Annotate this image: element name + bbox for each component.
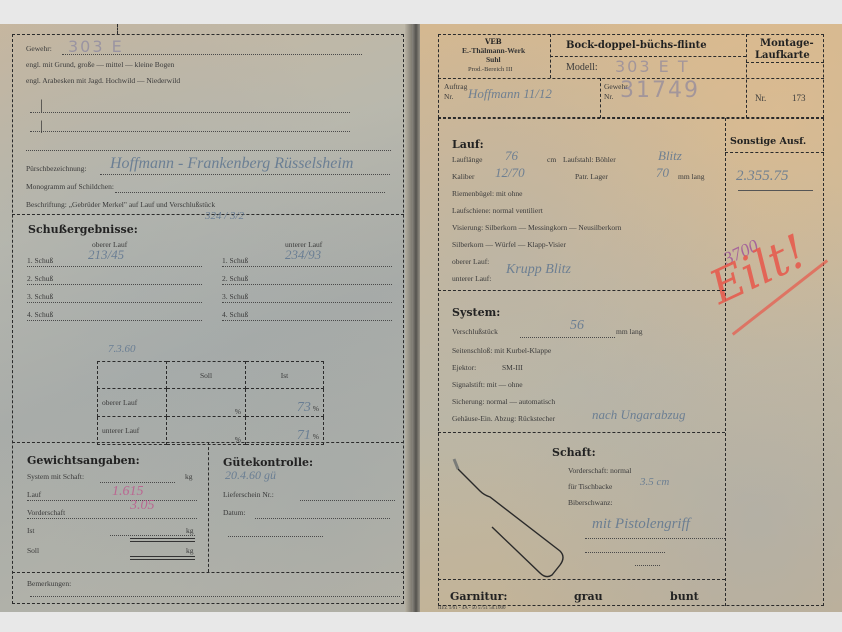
lieferschein-label: Lieferschein Nr.:: [223, 490, 274, 499]
card-title-2: Laufkarte: [755, 50, 810, 61]
garnitur-option-grau: grau: [574, 590, 603, 603]
lauf-weight-label: Lauf: [27, 490, 41, 499]
verschluss-value: 56: [570, 318, 584, 334]
seitenschloss-label: Seitenschloß: mit Kurbel-Klappe: [452, 346, 551, 355]
unterer-lauf-label: unterer Lauf:: [452, 274, 491, 283]
ist-value: 73: [297, 400, 311, 415]
auftrag-label-2: Nr.: [444, 92, 453, 101]
vorderschaft-weight-label: Vorderschaft: [27, 508, 65, 517]
ist-unit: %: [313, 432, 319, 441]
maker-line-1: VEB: [485, 37, 502, 46]
product-name: Bock-doppel-büchs-flinte: [566, 40, 707, 51]
col-ist: Ist: [246, 362, 324, 389]
gehaeuse-label: Gehäuse-Ein. Abzug: Rückstecher: [452, 414, 555, 423]
left-page: Gewehr: 303 E engl. mit Grund, große — m…: [0, 24, 412, 612]
sicherung-label: Sicherung: normal — automatisch: [452, 397, 555, 406]
kaliber-label: Kaliber: [452, 172, 475, 181]
tischbacke-label: für Tischbacke: [568, 482, 612, 491]
shooting-result-table: Soll Ist oberer Lauf % 73 % unterer Lauf…: [97, 361, 324, 445]
kaliber-value: 12/70: [495, 165, 525, 181]
maker-line-3: Suhl: [486, 55, 501, 64]
gewehr-nr-stamp: 31749: [620, 78, 700, 103]
laufstahl-label: Laufstahl: Böhler: [563, 155, 616, 164]
footer-print-code: III/Z 1/61 - 4A - 50 5751 50.1000: [438, 606, 506, 611]
laufkarte-document: Gewehr: 303 E engl. mit Grund, große — m…: [0, 24, 842, 612]
unit-kg: kg: [185, 472, 193, 481]
modell-stamp: 303 E T: [615, 57, 690, 76]
shooting-margin-note: 324 / 3/2: [205, 210, 244, 222]
patr-value: 70: [656, 165, 669, 181]
nr-label: Nr.: [755, 93, 766, 103]
ist-unit: %: [313, 404, 319, 413]
schaft-handwritten: mit Pistolengriff: [592, 516, 690, 533]
patr-label: Patr. Lager: [575, 172, 608, 181]
pencil-tick: |: [40, 98, 43, 114]
laufschiene-label: Laufschiene: normal ventiliert: [452, 206, 543, 215]
lauf-title: Lauf:: [452, 138, 484, 151]
shooting-date-note: 7.3.60: [108, 343, 136, 355]
modell-label: Modell:: [566, 62, 598, 73]
gewehr-nr-label-2: Nr.: [604, 92, 613, 101]
monogramm-label: Monogramm auf Schildchen:: [26, 182, 114, 191]
laufstahl-value: Blitz: [658, 148, 682, 164]
nr-value: 173: [792, 93, 806, 103]
silberkorn-label: Silberkorn — Würfel — Klapp-Visier: [452, 240, 566, 249]
riemen-label: Riemenbügel: mit ohne: [452, 189, 522, 198]
right-page: VEB E.-Thälmann-Werk Suhl Prod.-Bereich …: [420, 24, 842, 612]
weight-pink-note-2: 3.05: [130, 498, 155, 514]
quality-date: 20.4.60 gü: [225, 468, 276, 483]
soll-unit: %: [167, 389, 246, 417]
unit-kg: kg: [186, 526, 194, 535]
shot-label: 4. Schuß: [222, 310, 248, 319]
weights-title: Gewichtsangaben:: [27, 454, 140, 467]
shot-label: 3. Schuß: [222, 292, 248, 301]
shot-value: 234/93: [285, 247, 321, 263]
auftrag-value: Hoffmann 11/12: [468, 86, 552, 102]
shot-label: 2. Schuß: [27, 274, 53, 283]
engl-grund-label: engl. mit Grund, große — mittel — kleine…: [26, 60, 174, 69]
gehaeuse-value: nach Ungarabzug: [592, 407, 686, 423]
lauflaenge-label: Lauflänge: [452, 155, 482, 164]
shot-value: 213/45: [88, 247, 124, 263]
ejektor-value: SM-III: [502, 363, 523, 372]
shot-label: 1. Schuß: [27, 256, 53, 265]
oberer-lauf-label: oberer Lauf:: [452, 257, 489, 266]
signalstift-label: Signalstift: mit — ohne: [452, 380, 523, 389]
tischbacke-value: 3.5 cm: [640, 476, 669, 488]
biberschwanz-label: Biberschwanz:: [568, 498, 613, 507]
card-title-1: Montage-: [760, 38, 814, 49]
pirsch-value: Hoffmann - Frankenberg Rüsselsheim: [110, 155, 353, 173]
datum-label: Datum:: [223, 508, 246, 517]
verschluss-unit: mm lang: [616, 327, 642, 336]
auftrag-label-1: Auftrag: [444, 82, 467, 91]
verschluss-label: Verschlußstück: [452, 327, 498, 336]
system-title: System:: [452, 306, 500, 319]
sonstige-title: Sonstige Ausf.: [730, 136, 806, 147]
vorderschaft-label: Vorderschaft: normal: [568, 466, 631, 475]
shot-label: 3. Schuß: [27, 292, 53, 301]
lauflaenge-unit: cm: [547, 155, 556, 164]
engl-arabesken-label: engl. Arabesken mit Jagd. Hochwild — Nie…: [26, 76, 180, 85]
row-label: unterer Lauf: [98, 417, 167, 445]
lauf-brace-value: Krupp Blitz: [506, 262, 571, 278]
maker-line-2: E.-Thälmann-Werk: [462, 46, 525, 55]
ist-value: 71: [297, 428, 311, 443]
table-row: unterer Lauf % 71 %: [98, 417, 324, 445]
shooting-title: Schußergebnisse:: [28, 223, 138, 236]
shot-label: 4. Schuß: [27, 310, 53, 319]
pencil-tick: |: [40, 119, 43, 135]
visierung-label: Visierung: Silberkorn — Messingkorn — Ne…: [452, 223, 621, 232]
ist-weight-label: Ist: [27, 526, 35, 535]
system-label: System mit Schaft:: [27, 472, 84, 481]
gewehr-label: Gewehr:: [26, 44, 52, 53]
table-row: oberer Lauf % 73 %: [98, 389, 324, 417]
pirsch-label: Pürschbezeichnung:: [26, 164, 86, 173]
stock-shape-icon: [450, 449, 570, 579]
sonstige-value: 2.355.75: [736, 168, 789, 185]
shot-label: 1. Schuß: [222, 256, 248, 265]
garnitur-option-bunt: bunt: [670, 590, 699, 603]
col-soll: Soll: [167, 362, 246, 389]
soll-weight-label: Soll: [27, 546, 39, 555]
row-label: oberer Lauf: [98, 389, 167, 417]
remarks-label: Bemerkungen:: [27, 579, 71, 588]
garnitur-label: Garnitur:: [450, 590, 507, 603]
soll-unit: %: [167, 417, 246, 445]
ejektor-label: Ejektor:: [452, 363, 476, 372]
beschriftung-label: Beschriftung: „Gebrüder Merkel" auf Lauf…: [26, 200, 215, 209]
maker-line-4: Prod.-Bereich III: [468, 66, 512, 73]
shot-label: 2. Schuß: [222, 274, 248, 283]
unit-kg: kg: [186, 546, 194, 555]
lauflaenge-value: 76: [505, 148, 518, 164]
patr-unit: mm lang: [678, 172, 704, 181]
